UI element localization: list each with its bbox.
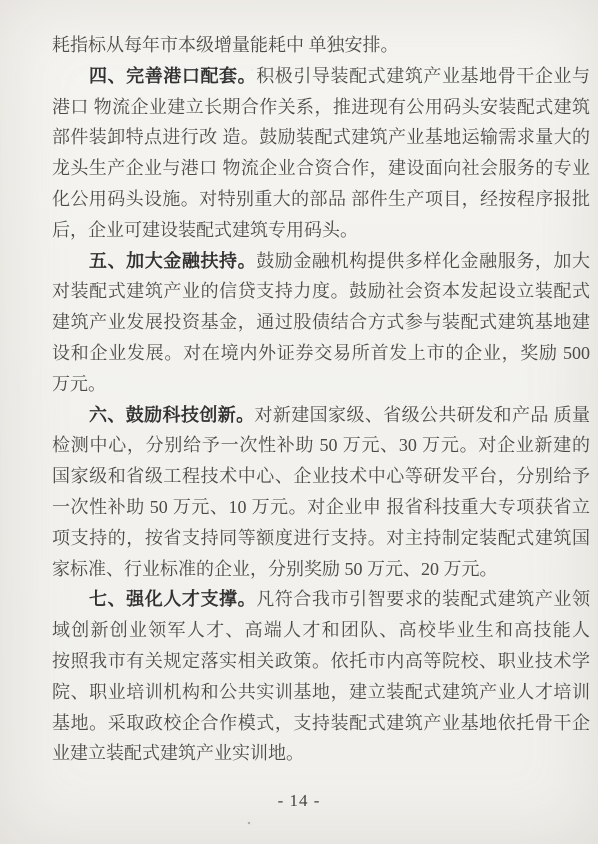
line-text: 部件装卸特点进行改 造。鼓励装配式建筑产业基地运输需求量大的 [52, 127, 590, 147]
text-line: 基地。采取政校企合作模式，支持装配式建筑产业基地依托骨干企 [52, 708, 590, 739]
text-line: 建筑产业发展投资基金，通过股债结合方式参与装配式建筑基地建 [52, 307, 590, 338]
text-line: 项支持的，按省支持同等额度进行支持。对主持制定装配式建筑国 [52, 523, 590, 554]
text-line: 设和企业发展。对在境内外证券交易所首发上市的企业，奖励 500 [52, 338, 590, 369]
line-text: 港口 物流企业建立长期合作关系，推进现有公用码头安装配式建筑 [52, 97, 590, 117]
line-text: 设和企业发展。对在境内外证券交易所首发上市的企业，奖励 500 [52, 343, 590, 363]
line-text: 后，企业可建设装配式建筑专用码头。 [52, 220, 358, 240]
document-text: 耗指标从每年市本级增量能耗中 单独安排。 四、完善港口配套。积极引导装配式建筑产… [52, 30, 590, 769]
line-text: 域创新创业领军人才、高端人才和团队、高校毕业生和高技能人才， [52, 620, 590, 646]
text-line: 后，企业可建设装配式建筑专用码头。 [52, 215, 590, 246]
text-line: 对装配式建筑产业的信贷支持力度。鼓励社会资本发起设立装配式 [52, 276, 590, 307]
text-line: 国家级和省级工程技术中心、企业技术中心等研发平台，分别给予 [52, 461, 590, 492]
text-line: 域创新创业领军人才、高端人才和团队、高校毕业生和高技能人才， [52, 615, 590, 646]
text-line: 耗指标从每年市本级增量能耗中 单独安排。 [52, 30, 590, 61]
line-text: 龙头生产企业与港口 物流企业合资合作，建设面向社会服务的专业 [52, 158, 590, 178]
text-line: 按照我市有关规定落实相关政策。依托市内高等院校、职业技术学 [52, 646, 590, 677]
line-text: 一次性补助 50 万元、10 万元。对企业申 报省科技重大专项获省立 [52, 497, 590, 517]
line-text: 积极引导装配式建筑产业基地骨干企业与 [256, 66, 590, 86]
text-line: 部件装卸特点进行改 造。鼓励装配式建筑产业基地运输需求量大的 [52, 122, 590, 153]
line-text: 万元。 [52, 374, 106, 394]
text-line: 七、强化人才支撑。凡符合我市引智要求的装配式建筑产业领 [52, 584, 590, 615]
text-line: 检测中心，分别给予一次性补助 50 万元、30 万元。对企业新建的 [52, 430, 590, 461]
line-text: 项支持的，按省支持同等额度进行支持。对主持制定装配式建筑国 [52, 528, 590, 548]
text-line: 院、职业培训机构和公共实训基地，建立装配式建筑产业人才培训 [52, 677, 590, 708]
page-number: - 14 - [0, 791, 598, 811]
line-text: 耗指标从每年市本级增量能耗中 单独安排。 [52, 35, 399, 55]
line-text: 鼓励金融机构提供多样化金融服务，加大 [256, 251, 590, 271]
section-heading: 七、强化人才支撑。 [89, 589, 256, 609]
line-text: 国家级和省级工程技术中心、企业技术中心等研发平台，分别给予 [52, 466, 590, 486]
line-text: 建筑产业发展投资基金，通过股债结合方式参与装配式建筑基地建 [52, 312, 590, 332]
text-line: 四、完善港口配套。积极引导装配式建筑产业基地骨干企业与 [52, 61, 590, 92]
text-line: 家标准、行业标准的企业，分别奖励 50 万元、20 万元。 [52, 554, 590, 585]
line-text: 基地。采取政校企合作模式，支持装配式建筑产业基地依托骨干企 [52, 713, 590, 733]
section-heading: 六、鼓励科技创新。 [89, 405, 255, 425]
text-line: 港口 物流企业建立长期合作关系，推进现有公用码头安装配式建筑 [52, 92, 590, 123]
line-text: 院、职业培训机构和公共实训基地，建立装配式建筑产业人才培训 [52, 682, 590, 702]
line-text: 对新建国家级、省级公共研发和产品 质量 [255, 405, 591, 425]
text-line: 业建立装配式建筑产业实训地。 [52, 738, 590, 769]
section-heading: 四、完善港口配套。 [89, 66, 256, 86]
text-line: 化公用码头设施。对特别重大的部品 部件生产项目，经按程序报批 [52, 184, 590, 215]
line-text: 检测中心，分别给予一次性补助 50 万元、30 万元。对企业新建的 [52, 435, 590, 455]
line-text: 化公用码头设施。对特别重大的部品 部件生产项目，经按程序报批 [52, 189, 590, 209]
line-text: 按照我市有关规定落实相关政策。依托市内高等院校、职业技术学 [52, 651, 590, 671]
text-line: 六、鼓励科技创新。对新建国家级、省级公共研发和产品 质量 [52, 400, 590, 431]
section-heading: 五、加大金融扶持。 [89, 251, 256, 271]
line-text: 家标准、行业标准的企业，分别奖励 50 万元、20 万元。 [52, 559, 498, 579]
text-line: 一次性补助 50 万元、10 万元。对企业申 报省科技重大专项获省立 [52, 492, 590, 523]
text-line: 龙头生产企业与港口 物流企业合资合作，建设面向社会服务的专业 [52, 153, 590, 184]
text-line: 五、加大金融扶持。鼓励金融机构提供多样化金融服务，加大 [52, 246, 590, 277]
line-text: 业建立装配式建筑产业实训地。 [52, 743, 304, 763]
line-text: 凡符合我市引智要求的装配式建筑产业领 [256, 589, 590, 609]
text-line: 万元。 [52, 369, 590, 400]
line-text: 对装配式建筑产业的信贷支持力度。鼓励社会资本发起设立装配式 [52, 281, 590, 301]
